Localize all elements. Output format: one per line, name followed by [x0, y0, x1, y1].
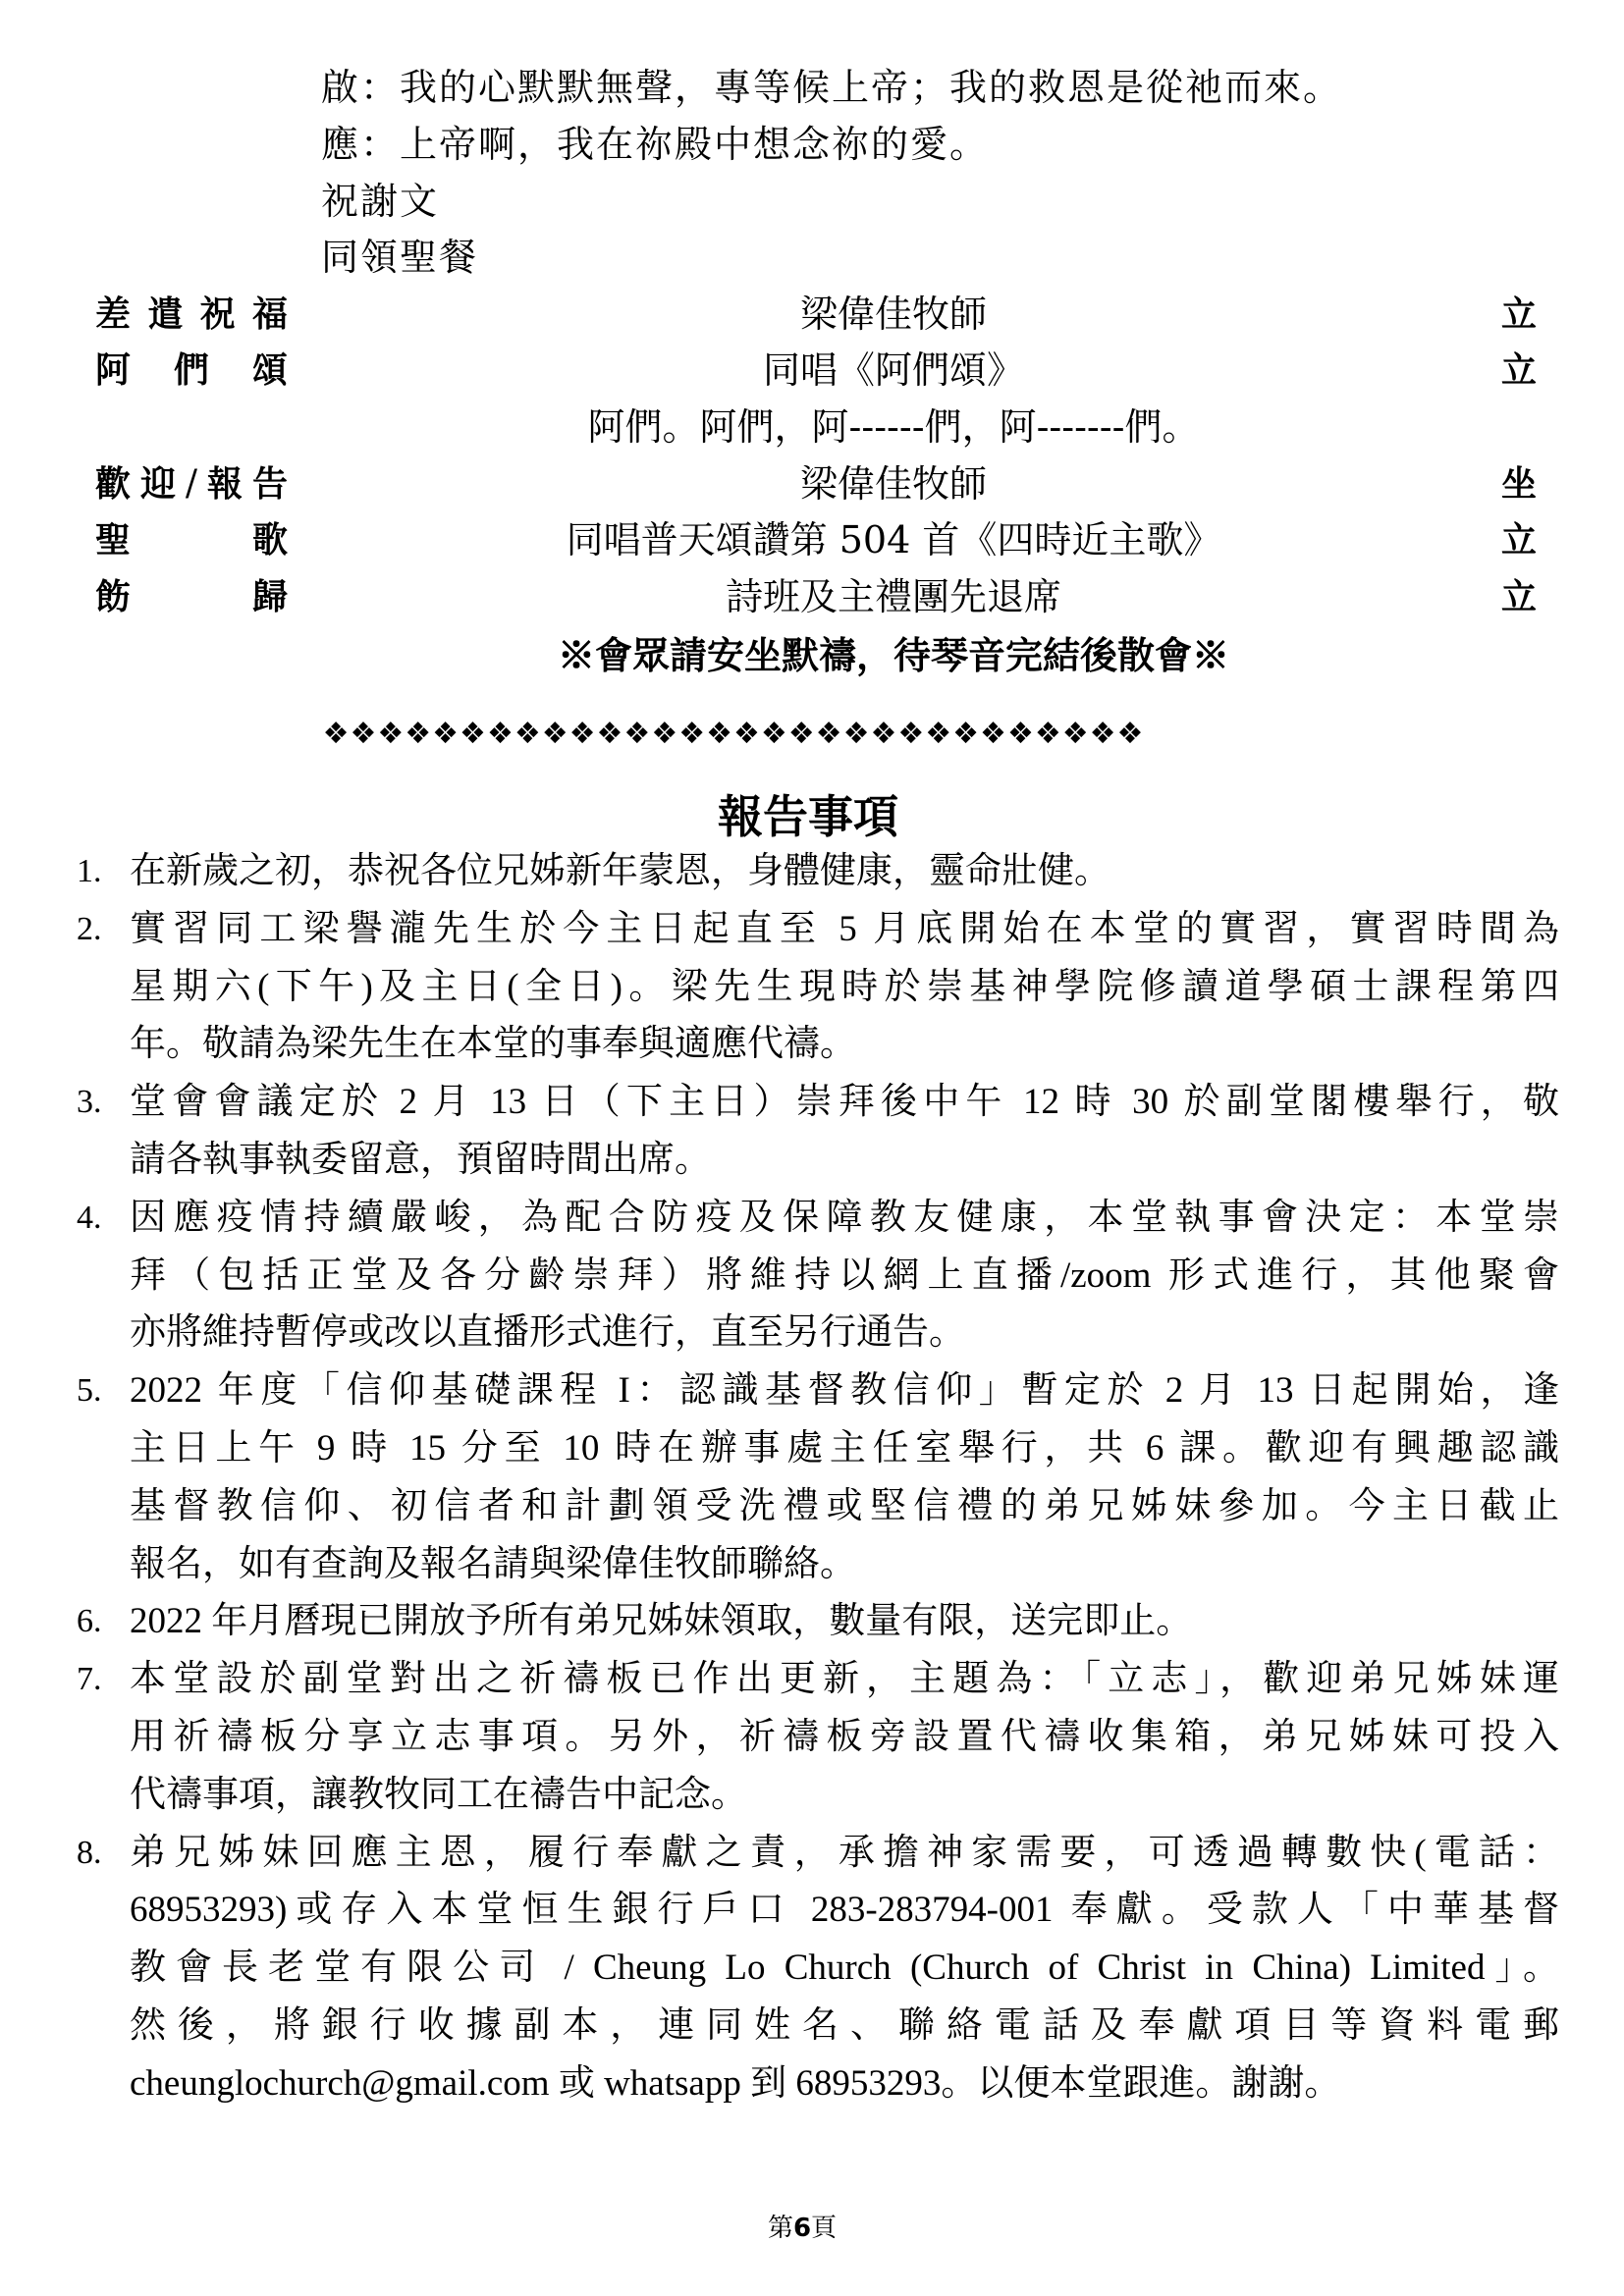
row-label-benediction: 差 遣 祝 福 [95, 286, 288, 343]
responsive-reading-congregation: 應：上帝啊，我在祢殿中想念祢的愛。 [321, 116, 989, 173]
item-line: 年。敬請為梁先生在本堂的事奉與適應代禱。 [130, 1016, 1559, 1074]
item-line: 實習同工梁譽瀧先生於今主日起直至 5 月底開始在本堂的實習，實習時間為 [130, 901, 1559, 959]
row-content-welcome: 梁偉佳牧師 [288, 455, 1499, 512]
page-footer: 第6頁 [0, 2209, 1624, 2248]
label-char: 飭 [95, 568, 131, 625]
label-char: / [186, 455, 197, 512]
row-label-recessional: 飭 歸 [95, 568, 288, 625]
label-char: 告 [252, 455, 288, 512]
item-line: 在新歲之初，恭祝各位兄姊新年蒙恩，身體健康，靈命壯健。 [130, 843, 1559, 901]
item-number: 7. [77, 1651, 102, 1709]
label-char: 遣 [147, 286, 183, 343]
label-char: 差 [95, 286, 131, 343]
announcement-item-1: 1. 在新歲之初，恭祝各位兄姊新年蒙恩，身體健康，靈命壯健。 [77, 843, 1559, 901]
item-line: 主日上午 9 時 15 分至 10 時在辦事處主任室舉行，共 6 課。歡迎有興趣… [130, 1420, 1559, 1478]
item-line: 68953293)或存入本堂恒生銀行戶口 283-283794-001 奉獻。受… [130, 1882, 1559, 1940]
label-char: 聖 [95, 511, 131, 568]
amen-lyrics: 阿們。阿們，阿------們，阿-------們。 [288, 399, 1499, 455]
item-number: 4. [77, 1190, 102, 1248]
item-line: 亦將維持暫停或改以直播形式進行，直至另行通告。 [130, 1305, 1559, 1362]
label-char: 阿 [95, 342, 131, 399]
announcements-title: 報告事項 [0, 787, 1624, 846]
label-char: 福 [252, 286, 288, 343]
item-line: 弟兄姊妹回應主恩，履行奉獻之責，承擔神家需要，可透過轉數快(電話： [130, 1825, 1559, 1883]
thanksgiving-prayer: 祝謝文 [321, 173, 439, 230]
item-line: 然後，將銀行收據副本，連同姓名、聯絡電話及奉獻項目等資料電郵 [130, 1998, 1559, 2056]
item-line: 2022 年月曆現已開放予所有弟兄姊妹領取，數量有限，送完即止。 [130, 1593, 1559, 1651]
announcement-item-4: 4. 因應疫情持續嚴峻，為配合防疫及保障教友健康，本堂執事會決定：本堂崇 拜（包… [77, 1190, 1559, 1362]
label-char: 歸 [252, 568, 288, 625]
label-char: 們 [174, 342, 209, 399]
item-number: 6. [77, 1593, 102, 1651]
item-line: 2022 年度「信仰基礎課程 I：認識基督教信仰」暫定於 2 月 13 日起開始… [130, 1362, 1559, 1420]
item-line: 星期六(下午)及主日(全日)。梁先生現時於崇基神學院修讀道學碩士課程第四 [130, 959, 1559, 1017]
item-line: 因應疫情持續嚴峻，為配合防疫及保障教友健康，本堂執事會決定：本堂崇 [130, 1190, 1559, 1248]
row-content-recessional: 詩班及主禮團先退席 [288, 568, 1499, 625]
diamond-divider: ❖❖❖❖❖❖❖❖❖❖❖❖❖❖❖❖❖❖❖❖❖❖❖❖❖❖❖❖❖❖ [0, 715, 1624, 754]
row-label-amen: 阿 們 頌 [95, 342, 288, 399]
row-posture-amen: 立 [1494, 342, 1543, 399]
label-char: 頌 [252, 342, 288, 399]
item-number: 2. [77, 901, 102, 959]
item-line: 堂會會議定於 2 月 13 日（下主日）崇拜後中午 12 時 30 於副堂閣樓舉… [130, 1074, 1559, 1132]
row-posture-recessional: 立 [1494, 568, 1543, 625]
item-line: 基督教信仰、初信者和計劃領受洗禮或堅信禮的弟兄姊妹參加。今主日截止 [130, 1478, 1559, 1536]
announcement-item-7: 7. 本堂設於副堂對出之祈禱板已作出更新，主題為：「立志」，歡迎弟兄姊妹運 用祈… [77, 1651, 1559, 1824]
label-char: 歌 [252, 511, 288, 568]
label-char: 迎 [140, 455, 176, 512]
announcement-item-6: 6. 2022 年月曆現已開放予所有弟兄姊妹領取，數量有限，送完即止。 [77, 1593, 1559, 1651]
row-posture-hymn: 立 [1494, 511, 1543, 568]
item-line: 報名，如有查詢及報名請與梁偉佳牧師聯絡。 [130, 1536, 1559, 1594]
closing-note: ※會眾請安坐默禱，待琴音完結後散會※ [288, 627, 1499, 684]
row-label-welcome: 歡 迎 / 報 告 [95, 455, 288, 512]
item-line: 拜（包括正堂及各分齡崇拜）將維持以網上直播/zoom 形式進行，其他聚會 [130, 1248, 1559, 1306]
item-line: 請各執事執委留意，預留時間出席。 [130, 1132, 1559, 1190]
item-number: 5. [77, 1362, 102, 1420]
row-content-amen: 同唱《阿們頌》 [288, 342, 1499, 399]
announcements-list: 1. 在新歲之初，恭祝各位兄姊新年蒙恩，身體健康，靈命壯健。 2. 實習同工梁譽… [77, 843, 1559, 2113]
row-posture-benediction: 立 [1494, 286, 1543, 343]
label-char: 報 [207, 455, 243, 512]
page-prefix: 第 [768, 2214, 793, 2243]
row-label-hymn: 聖 歌 [95, 511, 288, 568]
row-content-benediction: 梁偉佳牧師 [288, 286, 1499, 343]
label-char: 祝 [200, 286, 236, 343]
page-suffix: 頁 [811, 2214, 837, 2243]
item-number: 1. [77, 843, 102, 901]
item-number: 8. [77, 1825, 102, 1883]
item-line: 本堂設於副堂對出之祈禱板已作出更新，主題為：「立志」，歡迎弟兄姊妹運 [130, 1651, 1559, 1709]
item-line: cheunglochurch@gmail.com 或 whatsapp 到 68… [130, 2056, 1559, 2113]
label-char: 歡 [95, 455, 131, 512]
announcement-item-8: 8. 弟兄姊妹回應主恩，履行奉獻之責，承擔神家需要，可透過轉數快(電話： 689… [77, 1825, 1559, 2113]
holy-communion: 同領聖餐 [321, 229, 478, 286]
announcement-item-2: 2. 實習同工梁譽瀧先生於今主日起直至 5 月底開始在本堂的實習，實習時間為 星… [77, 901, 1559, 1074]
row-posture-welcome: 坐 [1494, 455, 1543, 512]
announcement-item-3: 3. 堂會會議定於 2 月 13 日（下主日）崇拜後中午 12 時 30 於副堂… [77, 1074, 1559, 1190]
row-content-hymn: 同唱普天頌讚第 504 首《四時近主歌》 [288, 511, 1499, 568]
responsive-reading-leader: 啟：我的心默默無聲，專等候上帝；我的救恩是從祂而來。 [321, 59, 1342, 116]
page-number: 6 [793, 2214, 811, 2243]
item-line: 用祈禱板分享立志事項。另外，祈禱板旁設置代禱收集箱，弟兄姊妹可投入 [130, 1709, 1559, 1767]
item-line: 教會長老堂有限公司 / Cheung Lo Church (Church of … [130, 1940, 1559, 1998]
item-number: 3. [77, 1074, 102, 1132]
announcement-item-5: 5. 2022 年度「信仰基礎課程 I：認識基督教信仰」暫定於 2 月 13 日… [77, 1362, 1559, 1593]
item-line: 代禱事項，讓教牧同工在禱告中記念。 [130, 1767, 1559, 1825]
